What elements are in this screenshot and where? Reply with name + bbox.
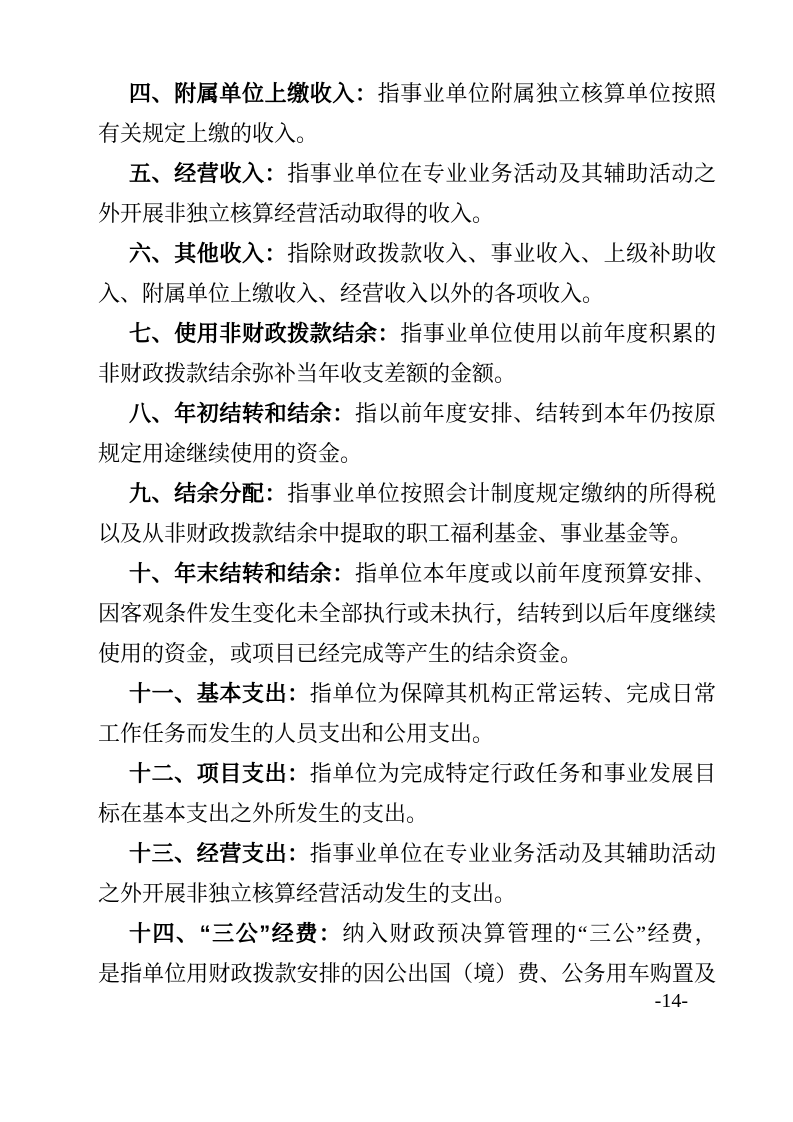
definition-text: 指事业单位在专业业务活动及其辅助活动之	[287, 161, 716, 186]
definition-text: 指事业单位按照会计制度规定缴纳的所得税	[287, 481, 716, 506]
text-line: 七、使用非财政拨款结余：指事业单位使用以前年度积累的	[98, 314, 716, 354]
term-bold: 七、使用非财政拨款结余：	[129, 321, 400, 346]
term-bold: 十二、项目支出：	[129, 761, 310, 786]
definition-text: 指单位本年度或以前年度预算安排、	[355, 561, 716, 586]
text-line: 十三、经营支出：指事业单位在专业业务活动及其辅助活动	[98, 834, 716, 874]
definition-text: 指以前年度安排、结转到本年仍按原	[355, 401, 716, 426]
definition-paragraph: 八、年初结转和结余：指以前年度安排、结转到本年仍按原 规定用途继续使用的资金。	[98, 394, 716, 474]
text-line: 外开展非独立核算经营活动取得的收入。	[98, 194, 716, 234]
definition-paragraph: 六、其他收入：指除财政拨款收入、事业收入、上级补助收 入、附属单位上缴收入、经营…	[98, 234, 716, 314]
definition-text: 指单位为保障其机构正常运转、完成日常	[310, 681, 716, 706]
page-number: -14-	[655, 991, 688, 1011]
definition-text: 指事业单位附属独立核算单位按照	[378, 81, 716, 106]
definition-paragraph: 九、结余分配：指事业单位按照会计制度规定缴纳的所得税 以及从非财政拨款结余中提取…	[98, 474, 716, 554]
definition-paragraph: 十、年末结转和结余：指单位本年度或以前年度预算安排、 因客观条件发生变化未全部执…	[98, 554, 716, 674]
definition-text: 指事业单位使用以前年度积累的	[400, 321, 716, 346]
text-line: 使用的资金，或项目已经完成等产生的结余资金。	[98, 634, 716, 674]
document-body: 四、附属单位上缴收入：指事业单位附属独立核算单位按照 有关规定上缴的收入。 五、…	[98, 74, 716, 994]
definition-paragraph: 十一、基本支出：指单位为保障其机构正常运转、完成日常 工作任务而发生的人员支出和…	[98, 674, 716, 754]
text-line: 十一、基本支出：指单位为保障其机构正常运转、完成日常	[98, 674, 716, 714]
term-bold: 十一、基本支出：	[129, 681, 310, 706]
text-line: 以及从非财政拨款结余中提取的职工福利基金、事业基金等。	[98, 514, 716, 554]
term-bold: 十四、“三公”经费：	[129, 921, 342, 946]
text-line: 工作任务而发生的人员支出和公用支出。	[98, 714, 716, 754]
text-line: 有关规定上缴的收入。	[98, 114, 716, 154]
definition-paragraph: 五、经营收入：指事业单位在专业业务活动及其辅助活动之 外开展非独立核算经营活动取…	[98, 154, 716, 234]
text-line: 入、附属单位上缴收入、经营收入以外的各项收入。	[98, 274, 716, 314]
definition-text: 指除财政拨款收入、事业收入、上级补助收	[287, 241, 716, 266]
term-bold: 九、结余分配：	[129, 481, 287, 506]
term-bold: 十、年末结转和结余：	[129, 561, 355, 586]
text-line: 规定用途继续使用的资金。	[98, 434, 716, 474]
text-line: 八、年初结转和结余：指以前年度安排、结转到本年仍按原	[98, 394, 716, 434]
definition-paragraph: 十四、“三公”经费：纳入财政预决算管理的“三公”经费， 是指单位用财政拨款安排的…	[98, 914, 716, 994]
text-line: 六、其他收入：指除财政拨款收入、事业收入、上级补助收	[98, 234, 716, 274]
document-page: 四、附属单位上缴收入：指事业单位附属独立核算单位按照 有关规定上缴的收入。 五、…	[0, 0, 793, 1122]
definition-text: 指单位为完成特定行政任务和事业发展目	[310, 761, 716, 786]
text-line: 十二、项目支出：指单位为完成特定行政任务和事业发展目	[98, 754, 716, 794]
definition-paragraph: 十二、项目支出：指单位为完成特定行政任务和事业发展目 标在基本支出之外所发生的支…	[98, 754, 716, 834]
definition-text: 指事业单位在专业业务活动及其辅助活动	[310, 841, 716, 866]
text-line: 标在基本支出之外所发生的支出。	[98, 794, 716, 834]
definition-text: 纳入财政预决算管理的“三公”经费，	[342, 921, 716, 946]
text-line: 非财政拨款结余弥补当年收支差额的金额。	[98, 354, 716, 394]
text-line: 十、年末结转和结余：指单位本年度或以前年度预算安排、	[98, 554, 716, 594]
text-line: 九、结余分配：指事业单位按照会计制度规定缴纳的所得税	[98, 474, 716, 514]
text-line: 五、经营收入：指事业单位在专业业务活动及其辅助活动之	[98, 154, 716, 194]
definition-paragraph: 四、附属单位上缴收入：指事业单位附属独立核算单位按照 有关规定上缴的收入。	[98, 74, 716, 154]
text-line: 十四、“三公”经费：纳入财政预决算管理的“三公”经费，	[98, 914, 716, 954]
text-line: 是指单位用财政拨款安排的因公出国（境）费、公务用车购置及	[98, 954, 716, 994]
term-bold: 五、经营收入：	[129, 161, 287, 186]
text-line: 因客观条件发生变化未全部执行或未执行，结转到以后年度继续	[98, 594, 716, 634]
term-bold: 四、附属单位上缴收入：	[129, 81, 378, 106]
term-bold: 八、年初结转和结余：	[129, 401, 355, 426]
text-line: 四、附属单位上缴收入：指事业单位附属独立核算单位按照	[98, 74, 716, 114]
text-line: 之外开展非独立核算经营活动发生的支出。	[98, 874, 716, 914]
term-bold: 十三、经营支出：	[129, 841, 310, 866]
definition-paragraph: 七、使用非财政拨款结余：指事业单位使用以前年度积累的 非财政拨款结余弥补当年收支…	[98, 314, 716, 394]
term-bold: 六、其他收入：	[129, 241, 287, 266]
definition-paragraph: 十三、经营支出：指事业单位在专业业务活动及其辅助活动 之外开展非独立核算经营活动…	[98, 834, 716, 914]
